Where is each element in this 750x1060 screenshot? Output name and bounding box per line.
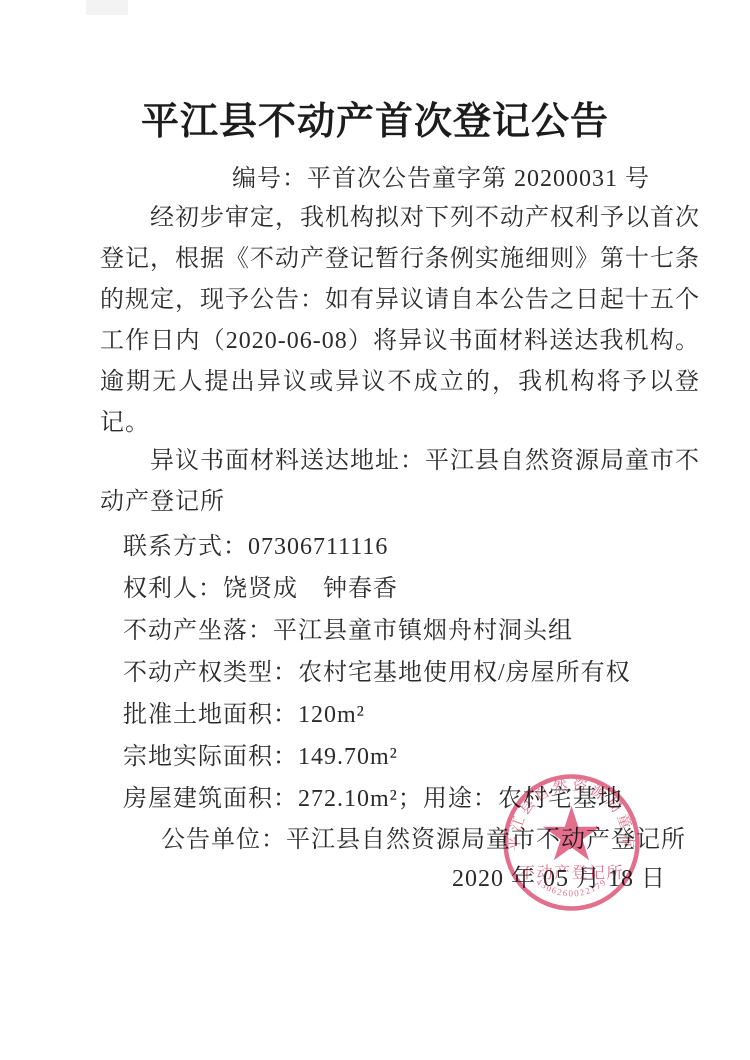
body-paragraph-approval: 经初步审定，我机构拟对下列不动产权利予以首次登记，根据《不动产登记暂行条例实施细… bbox=[100, 198, 700, 444]
announcement-document: 平江县不动产首次登记公告 编号：平首次公告童字第 20200031 号 经初步审… bbox=[0, 0, 750, 1060]
detail-right-type: 不动产权类型：农村宅基地使用权/房屋所有权 bbox=[123, 652, 723, 694]
document-title: 平江县不动产首次登记公告 bbox=[0, 90, 750, 145]
detail-approved-land-area: 批准土地面积：120m² bbox=[123, 694, 723, 736]
body-paragraph-address: 异议书面材料送达地址：平江县自然资源局童市不动产登记所 bbox=[100, 441, 700, 523]
detail-right-holder: 权利人：饶贤成 钟春香 bbox=[123, 568, 723, 610]
seal-center-text: 不动产登记所 bbox=[519, 864, 624, 882]
detail-location: 不动产坐落：平江县童市镇烟舟村洞头组 bbox=[123, 610, 723, 652]
scan-smudge bbox=[86, 0, 128, 15]
detail-contact: 联系方式：07306711116 bbox=[123, 526, 723, 568]
official-seal: 平江县自然资源局童市 不动产登记所 4306260022179 bbox=[499, 770, 644, 915]
document-number: 编号：平首次公告童字第 20200031 号 bbox=[232, 158, 650, 193]
seal-star-icon bbox=[543, 806, 600, 860]
